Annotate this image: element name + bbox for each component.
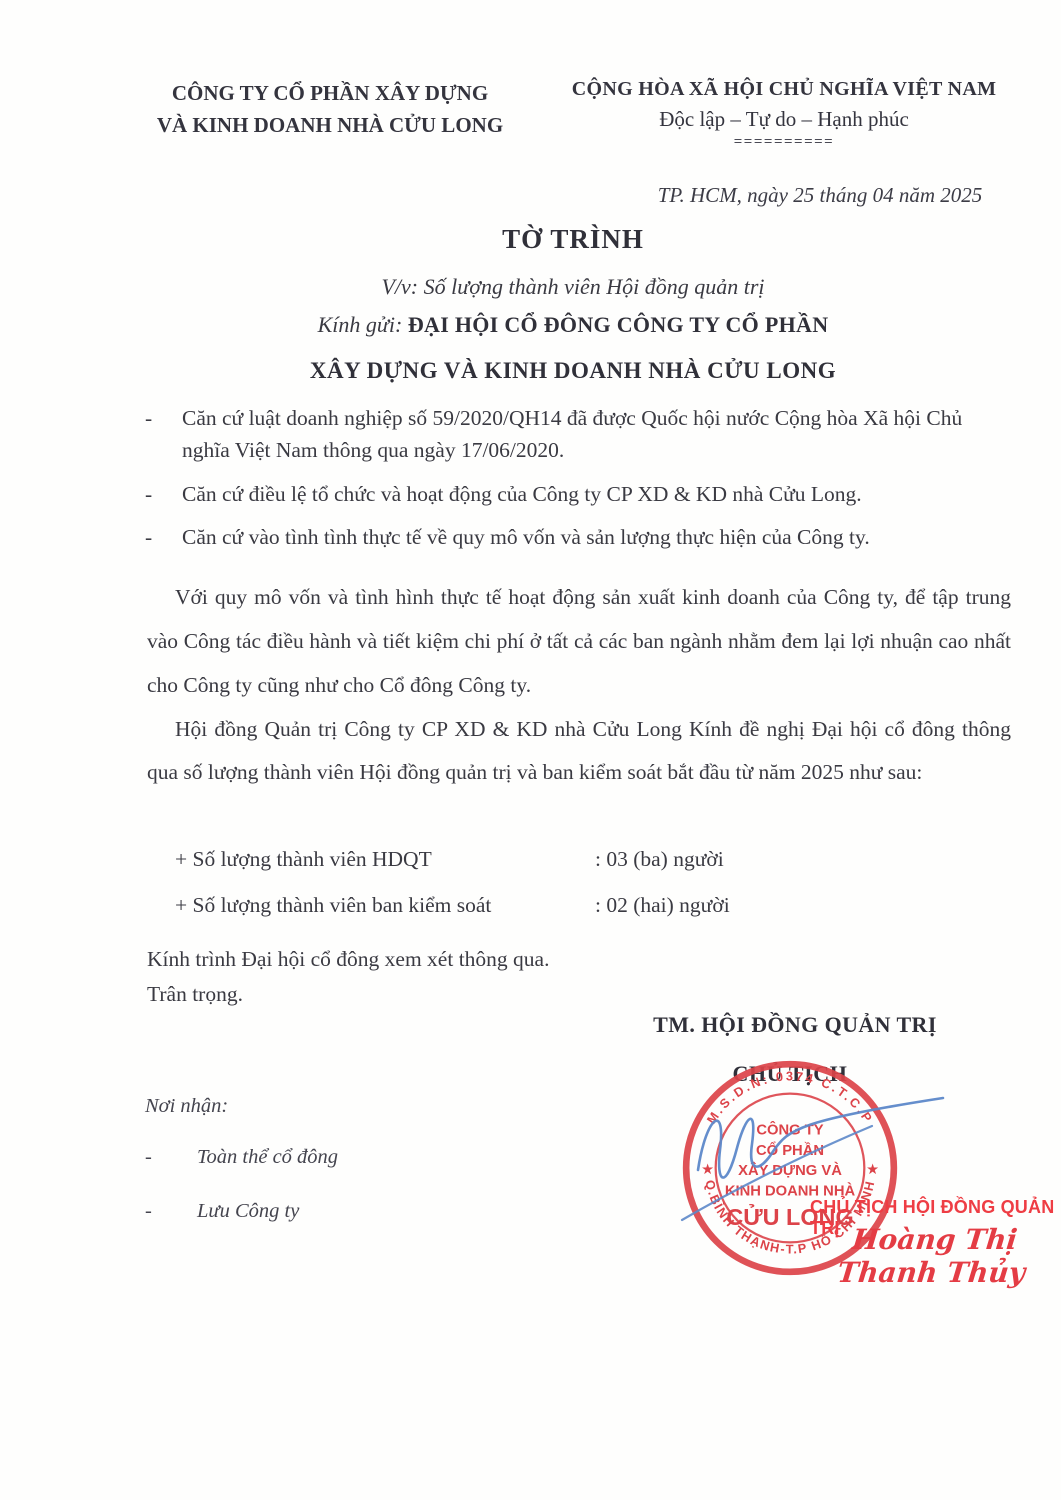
signature-authority: TM. HỘI ĐỒNG QUẢN TRỊ: [585, 1012, 1005, 1038]
document-page: CÔNG TY CỔ PHẦN XÂY DỰNG VÀ KINH DOANH N…: [0, 0, 1061, 1500]
salutation-line2: XÂY DỰNG VÀ KINH DOANH NHÀ CỬU LONG: [140, 358, 1006, 384]
recipients-block: Nơi nhận: - Toàn thể cổ đông - Lưu Công …: [145, 1095, 485, 1225]
motto-divider: ==========: [548, 134, 1020, 151]
legal-base-text: Căn cứ điều lệ tổ chức và hoạt động của …: [182, 478, 862, 510]
dash-marker: -: [145, 521, 182, 553]
proposal-item-row: + Số lượng thành viên ban kiểm soát : 02…: [147, 882, 887, 928]
proposal-item-value: : 02 (hai) người: [595, 882, 730, 928]
signer-name: Hoàng Thị Thanh Thủy: [800, 1223, 1061, 1289]
legal-base-text: Căn cứ luật doanh nghiệp số 59/2020/QH14…: [182, 402, 1011, 467]
proposal-item-row: + Số lượng thành viên HDQT : 03 (ba) ngư…: [147, 836, 887, 882]
list-item: - Căn cứ vào tình tình thực tế về quy mô…: [145, 521, 1011, 553]
list-item: - Căn cứ luật doanh nghiệp số 59/2020/QH…: [145, 402, 1011, 467]
list-item: - Căn cứ điều lệ tổ chức và hoạt động củ…: [145, 478, 1011, 510]
document-header: CÔNG TY CỔ PHẦN XÂY DỰNG VÀ KINH DOANH N…: [140, 78, 1020, 151]
company-name-line1: CÔNG TY CỔ PHẦN XÂY DỰNG: [140, 78, 520, 110]
recipient-item: - Lưu Công ty: [145, 1197, 485, 1226]
body-paragraph-1: Với quy mô vốn và tình hình thực tế hoạt…: [147, 576, 1011, 708]
salutation-prefix: Kính gửi:: [318, 312, 403, 337]
company-name-line2: VÀ KINH DOANH NHÀ CỬU LONG: [140, 110, 520, 142]
dash-marker: -: [145, 478, 182, 510]
legal-bases-list: - Căn cứ luật doanh nghiệp số 59/2020/QH…: [145, 402, 1011, 564]
proposal-item-label: + Số lượng thành viên HDQT: [147, 836, 595, 882]
proposal-items: + Số lượng thành viên HDQT : 03 (ba) ngư…: [147, 836, 887, 928]
salutation-line: Kính gửi: ĐẠI HỘI CỔ ĐÔNG CÔNG TY CỔ PHẦ…: [140, 312, 1006, 338]
proposal-item-label: + Số lượng thành viên ban kiểm soát: [147, 882, 595, 928]
proposal-item-value: : 03 (ba) người: [595, 836, 724, 882]
recipient-text: Toàn thể cổ đông: [197, 1143, 338, 1172]
body-paragraph-2: Hội đồng Quản trị Công ty CP XD & KD nhà…: [147, 708, 1011, 796]
national-title: CỘNG HÒA XÃ HỘI CHỦ NGHĨA VIỆT NAM: [548, 78, 1020, 101]
national-motto-block: CỘNG HÒA XÃ HỘI CHỦ NGHĨA VIỆT NAM Độc l…: [548, 78, 1020, 151]
closing-line-1: Kính trình Đại hội cổ đông xem xét thông…: [147, 942, 549, 977]
dash-marker: -: [145, 1143, 197, 1172]
recipient-item: - Toàn thể cổ đông: [145, 1143, 485, 1172]
national-motto: Độc lập – Tự do – Hạnh phúc: [548, 107, 1020, 132]
recipient-text: Lưu Công ty: [197, 1197, 299, 1226]
date-line: TP. HCM, ngày 25 tháng 04 năm 2025: [600, 183, 1040, 208]
recipients-heading: Nơi nhận:: [145, 1095, 485, 1118]
dash-marker: -: [145, 1197, 197, 1226]
legal-base-text: Căn cứ vào tình tình thực tế về quy mô v…: [182, 521, 870, 553]
closing-block: Kính trình Đại hội cổ đông xem xét thông…: [147, 942, 549, 1012]
document-subject: V/v: Số lượng thành viên Hội đồng quản t…: [140, 274, 1006, 300]
document-title: TỜ TRÌNH: [140, 224, 1006, 255]
closing-line-2: Trân trọng.: [147, 977, 549, 1012]
salutation-addressee: ĐẠI HỘI CỔ ĐÔNG CÔNG TY CỔ PHẦN: [408, 312, 829, 337]
dash-marker: -: [145, 402, 182, 467]
body-paragraphs: Với quy mô vốn và tình hình thực tế hoạt…: [147, 576, 1011, 795]
company-name-block: CÔNG TY CỔ PHẦN XÂY DỰNG VÀ KINH DOANH N…: [140, 78, 520, 151]
